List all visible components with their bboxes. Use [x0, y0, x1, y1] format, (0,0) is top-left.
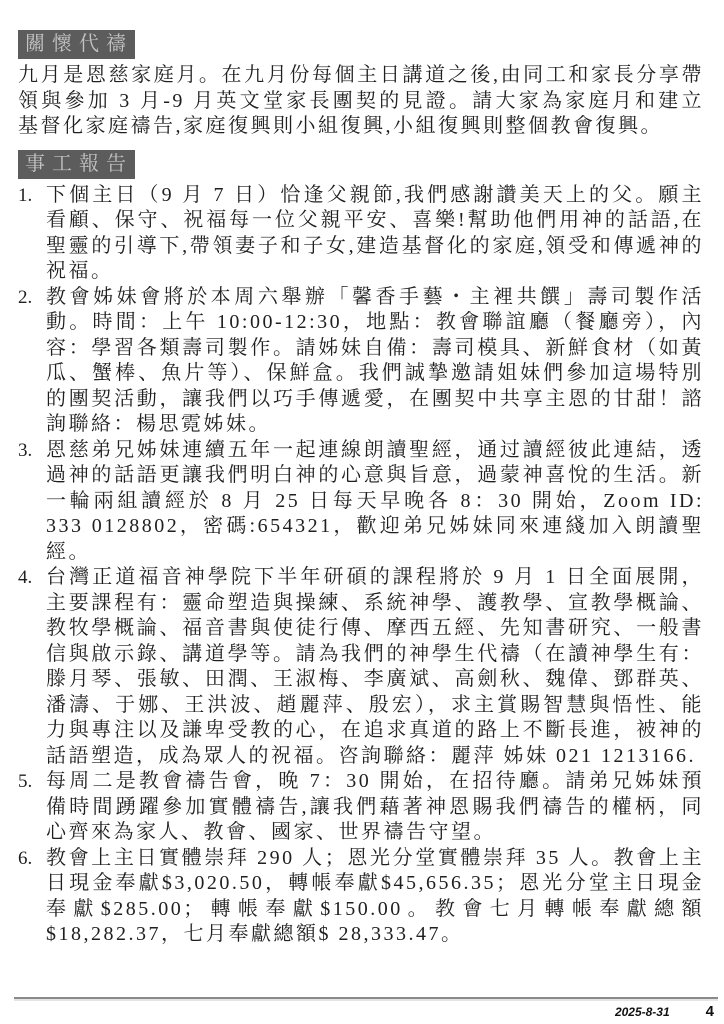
- ministry-report-list: 1. 下個主日（9 月 7 日）恰逢父親節,我們感謝讚美天上的父。願主看顧、保守…: [18, 183, 704, 948]
- document-page: 關懷代禱 九月是恩慈家庭月。在九月份每個主日講道之後,由同工和家長分享帶領與參加…: [0, 0, 724, 1024]
- section-ministry-report: 事工報告 1. 下個主日（9 月 7 日）恰逢父親節,我們感謝讚美天上的父。願主…: [18, 150, 704, 948]
- item-number: 6.: [18, 846, 46, 872]
- item-number: 1.: [18, 183, 46, 209]
- item-text-bible-reading: 恩慈弟兄姊妹連續五年一起連線朗讀聖經，通过讀經彼此連結，透過神的話語更讓我們明白…: [46, 438, 704, 566]
- section-care-prayer: 關懷代禱 九月是恩慈家庭月。在九月份每個主日講道之後,由同工和家長分享帶領與參加…: [18, 30, 704, 140]
- footer-meta: 2025-8-31 4: [14, 999, 718, 1020]
- item-text-prayer-meeting: 每周二是教會禱告會，晚 7：30 開始，在招待廳。請弟兄姊妹預備時間踴躍參加實體…: [46, 769, 704, 846]
- item-number: 3.: [18, 438, 46, 464]
- section-header-care-prayer: 關懷代禱: [18, 30, 135, 59]
- footer-date: 2025-8-31: [615, 1005, 670, 1019]
- care-prayer-paragraph: 九月是恩慈家庭月。在九月份每個主日講道之後,由同工和家長分享帶領與參加 3 月-…: [18, 63, 704, 140]
- item-text-attendance-offering: 教會上主日實體崇拜 290 人；恩光分堂實體崇拜 35 人。教會上主日現金奉獻$…: [46, 846, 704, 948]
- ministry-report-item-1: 1. 下個主日（9 月 7 日）恰逢父親節,我們感謝讚美天上的父。願主看顧、保守…: [18, 183, 704, 285]
- ministry-report-item-2: 2. 教會姊妹會將於本周六舉辦「馨香手藝・主裡共饌」壽司製作活動。時間：上午 1…: [18, 285, 704, 438]
- footer-page-number: 4: [706, 1003, 714, 1020]
- page-content: 關懷代禱 九月是恩慈家庭月。在九月份每個主日講道之後,由同工和家長分享帶領與參加…: [0, 0, 724, 948]
- ministry-report-item-6: 6. 教會上主日實體崇拜 290 人；恩光分堂實體崇拜 35 人。教會上主日現金…: [18, 846, 704, 948]
- item-number: 4.: [18, 565, 46, 591]
- section-header-ministry-report: 事工報告: [18, 150, 135, 179]
- item-text-sushi-event: 教會姊妹會將於本周六舉辦「馨香手藝・主裡共饌」壽司製作活動。時間：上午 10:0…: [46, 285, 704, 438]
- page-footer: 2025-8-31 4: [14, 997, 718, 1020]
- item-text-fathers-day: 下個主日（9 月 7 日）恰逢父親節,我們感謝讚美天上的父。願主看顧、保守、祝福…: [46, 183, 704, 285]
- ministry-report-item-3: 3. 恩慈弟兄姊妹連續五年一起連線朗讀聖經，通过讀經彼此連結，透過神的話語更讓我…: [18, 438, 704, 566]
- item-number: 2.: [18, 285, 46, 311]
- ministry-report-item-5: 5. 每周二是教會禱告會，晚 7：30 開始，在招待廳。請弟兄姊妹預備時間踴躍參…: [18, 769, 704, 846]
- ministry-report-item-4: 4. 台灣正道福音神學院下半年研碩的課程將於 9 月 1 日全面展開，主要課程有…: [18, 565, 704, 769]
- item-number: 5.: [18, 769, 46, 795]
- item-text-seminary-courses: 台灣正道福音神學院下半年研碩的課程將於 9 月 1 日全面展開，主要課程有：靈命…: [46, 565, 704, 769]
